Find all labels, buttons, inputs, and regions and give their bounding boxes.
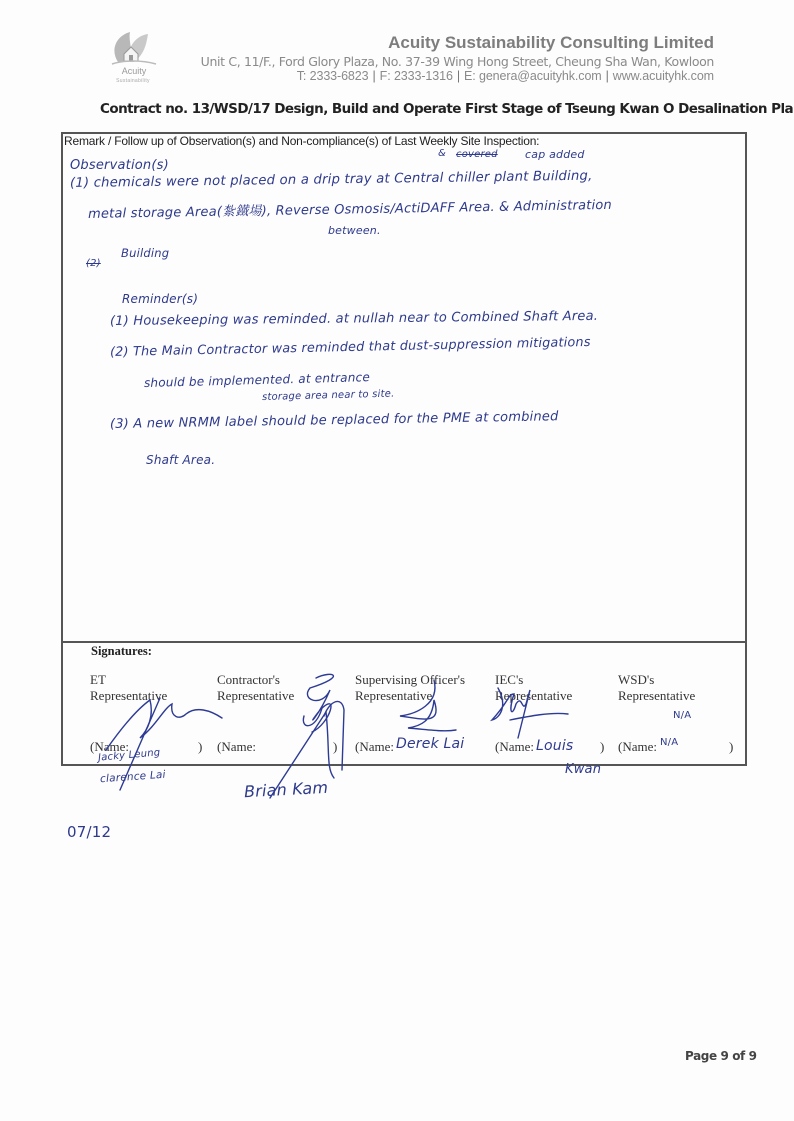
insert-caret: & [438, 148, 446, 159]
name-close-et: ) [198, 739, 202, 755]
handwritten-name-wsd: N/A [660, 737, 678, 748]
signature-column-supervising-officer: Supervising Officer's Representative [355, 672, 465, 704]
name-close-wsd: ) [729, 739, 733, 755]
contract-title: Contract no. 13/WSD/17 Design, Build and… [100, 101, 794, 117]
name-label-wsd: (Name: [618, 739, 657, 755]
handwritten-name-et-2: clarence Lai [100, 769, 166, 786]
signature-column-contractor: Contractor's Representative [217, 672, 294, 704]
remarks-box [61, 132, 747, 766]
role-line-2: Representative [618, 688, 695, 704]
leaf-house-icon [104, 28, 162, 68]
role-line-1: IEC's [495, 672, 572, 688]
observations-heading: Observation(s) [70, 158, 169, 173]
struck-word: covered [456, 149, 498, 160]
separator: | [602, 69, 613, 83]
logo-name: Acuity [100, 66, 168, 76]
signature-column-iec: IEC's Representative [495, 672, 572, 704]
name-label-iec: (Name: [495, 739, 534, 755]
observation-item-1-line-3: Building [121, 246, 169, 260]
handwritten-name-iec-2: Kwan [565, 762, 601, 777]
role-line-1: WSD's [618, 672, 695, 688]
company-contact: T: 2333-6823|F: 2333-1316|E: genera@acui… [297, 69, 714, 83]
role-line-1: Contractor's [217, 672, 294, 688]
inserted-note: cap added [525, 148, 585, 161]
company-name: Acuity Sustainability Consulting Limited [388, 33, 714, 53]
name-label-contractor: (Name: [217, 739, 256, 755]
handwritten-name-contractor: Brian Kam [244, 778, 329, 801]
reminders-heading: Reminder(s) [122, 292, 198, 306]
role-line-1: Supervising Officer's [355, 672, 465, 688]
observation-insert-between: between. [328, 224, 381, 237]
signatures-divider [61, 641, 747, 643]
role-line-2: Representative [217, 688, 294, 704]
name-close-iec: ) [600, 739, 604, 755]
name-close-contractor: ) [333, 739, 337, 755]
role-line-2: Representative [90, 688, 167, 704]
role-line-2: Representative [495, 688, 572, 704]
handwritten-sign-wsd: N/A [673, 710, 691, 721]
page-number: Page 9 of 9 [685, 1049, 757, 1063]
signature-column-et: ET Representative [90, 672, 167, 704]
reminder-item-3-line-2: Shaft Area. [146, 453, 215, 467]
handwritten-name-iec-1: Louis [536, 738, 573, 754]
struck-item-2: (2) [86, 258, 101, 269]
handwritten-date: 07/12 [67, 823, 111, 841]
role-line-1: ET [90, 672, 167, 688]
signatures-title: Signatures: [91, 644, 152, 659]
signature-column-wsd: WSD's Representative [618, 672, 695, 704]
company-address: Unit C, 11/F., Ford Glory Plaza, No. 37-… [201, 54, 714, 69]
name-label-supervising-officer: (Name: [355, 739, 394, 755]
remarks-label: Remark / Follow up of Observation(s) and… [64, 134, 539, 148]
fax-number: F: 2333-1316 [380, 69, 453, 83]
website-link[interactable]: www.acuityhk.com [613, 69, 714, 83]
phone-number: T: 2333-6823 [297, 69, 369, 83]
role-line-2: Representative [355, 688, 465, 704]
logo-subtitle: Sustainability [98, 78, 168, 84]
email-link[interactable]: E: genera@acuityhk.com [464, 69, 602, 83]
separator: | [453, 69, 464, 83]
handwritten-name-supervising-officer: Derek Lai [396, 736, 464, 752]
separator: | [369, 69, 380, 83]
